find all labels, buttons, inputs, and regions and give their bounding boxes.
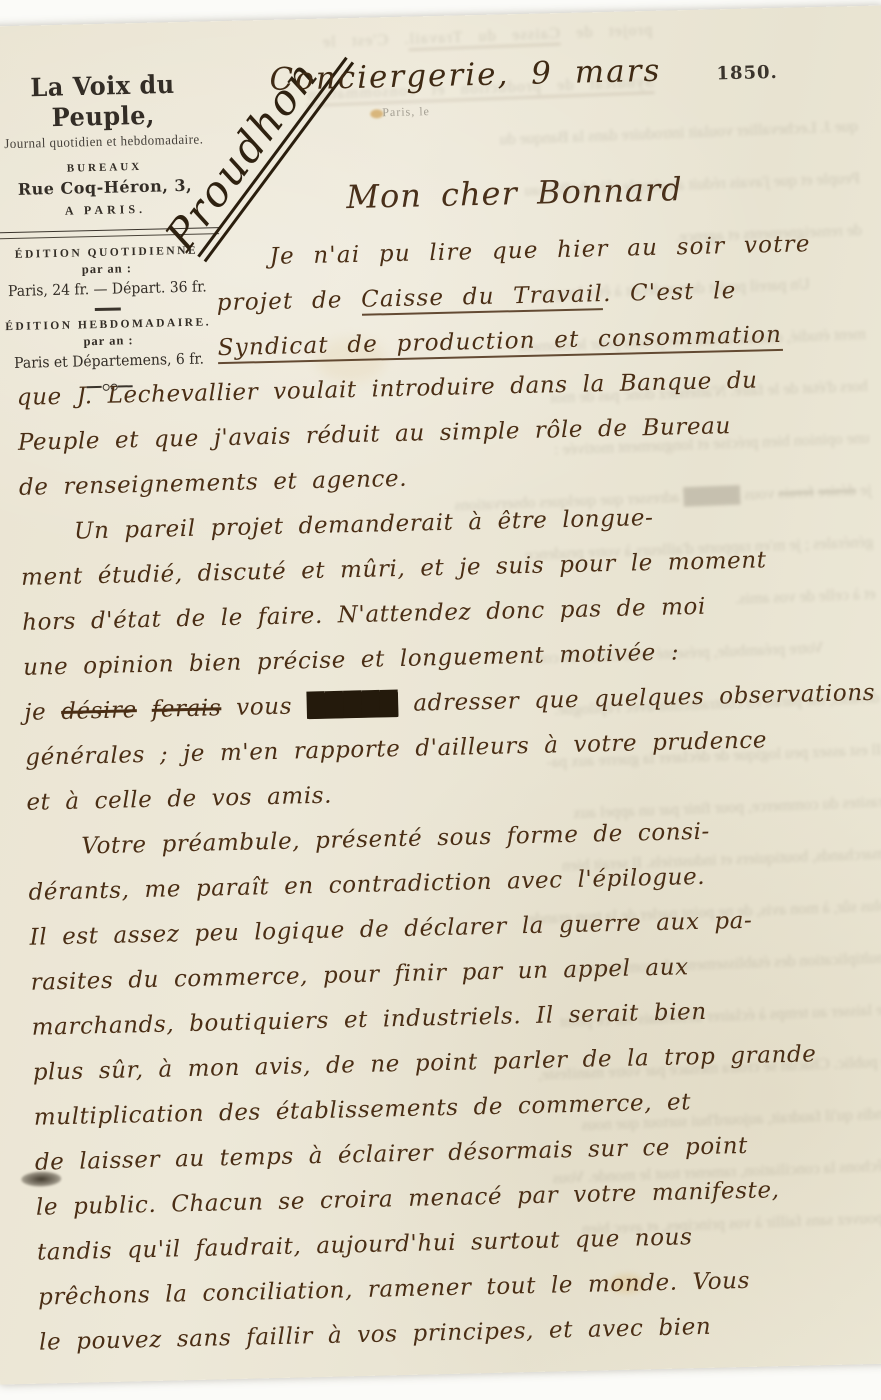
letter-text [137,697,153,723]
letter-line: Je n'ai pu lire que hier au soir votre [0,0,652,46]
letter-paper: Je n'ai pu lire que hier au soir votrepr… [0,5,881,1384]
letter-text: Je n'ai pu lire que hier au soir votre [269,231,811,270]
printed-dateline-place: Paris, le [382,104,430,120]
bureaux-label: BUREAUX [0,159,218,176]
printed-year: 1850. [716,62,778,84]
newspaper-title: La Voix du Peuple, [0,68,217,134]
struck-word: désire [61,697,137,725]
underlined-phrase: Caisse du Travail [361,281,604,316]
struck-word: ferais [151,695,221,723]
letter-text: vous [221,693,307,721]
letter-text: Je n'ai pu lire que hier au soir votre [246,0,597,2]
letter-text: . C'est le [321,31,408,51]
letter-text: projet de [216,287,361,316]
scanned-letter-page: { "colors": { "paper": "#eae4d2", "ink":… [0,0,881,1400]
blacked-out-word: █████ [307,691,399,719]
letter-text: projet de [560,22,653,42]
handwritten-dateline: Conciergerie, 9 mars [269,53,662,98]
salutation: Mon cher Bonnard [346,170,683,216]
newspaper-subtitle: Journal quotidien et hebdomadaire. [0,131,213,152]
letter-text: que J. Lechevallier voulait introduire d… [499,118,858,148]
letter-body: Je n'ai pu lire que hier au soir votrepr… [13,230,881,1375]
letter-text: je [24,699,61,726]
letter-text: . C'est le [603,278,737,307]
underlined-phrase: Caisse du Travail [408,25,560,51]
